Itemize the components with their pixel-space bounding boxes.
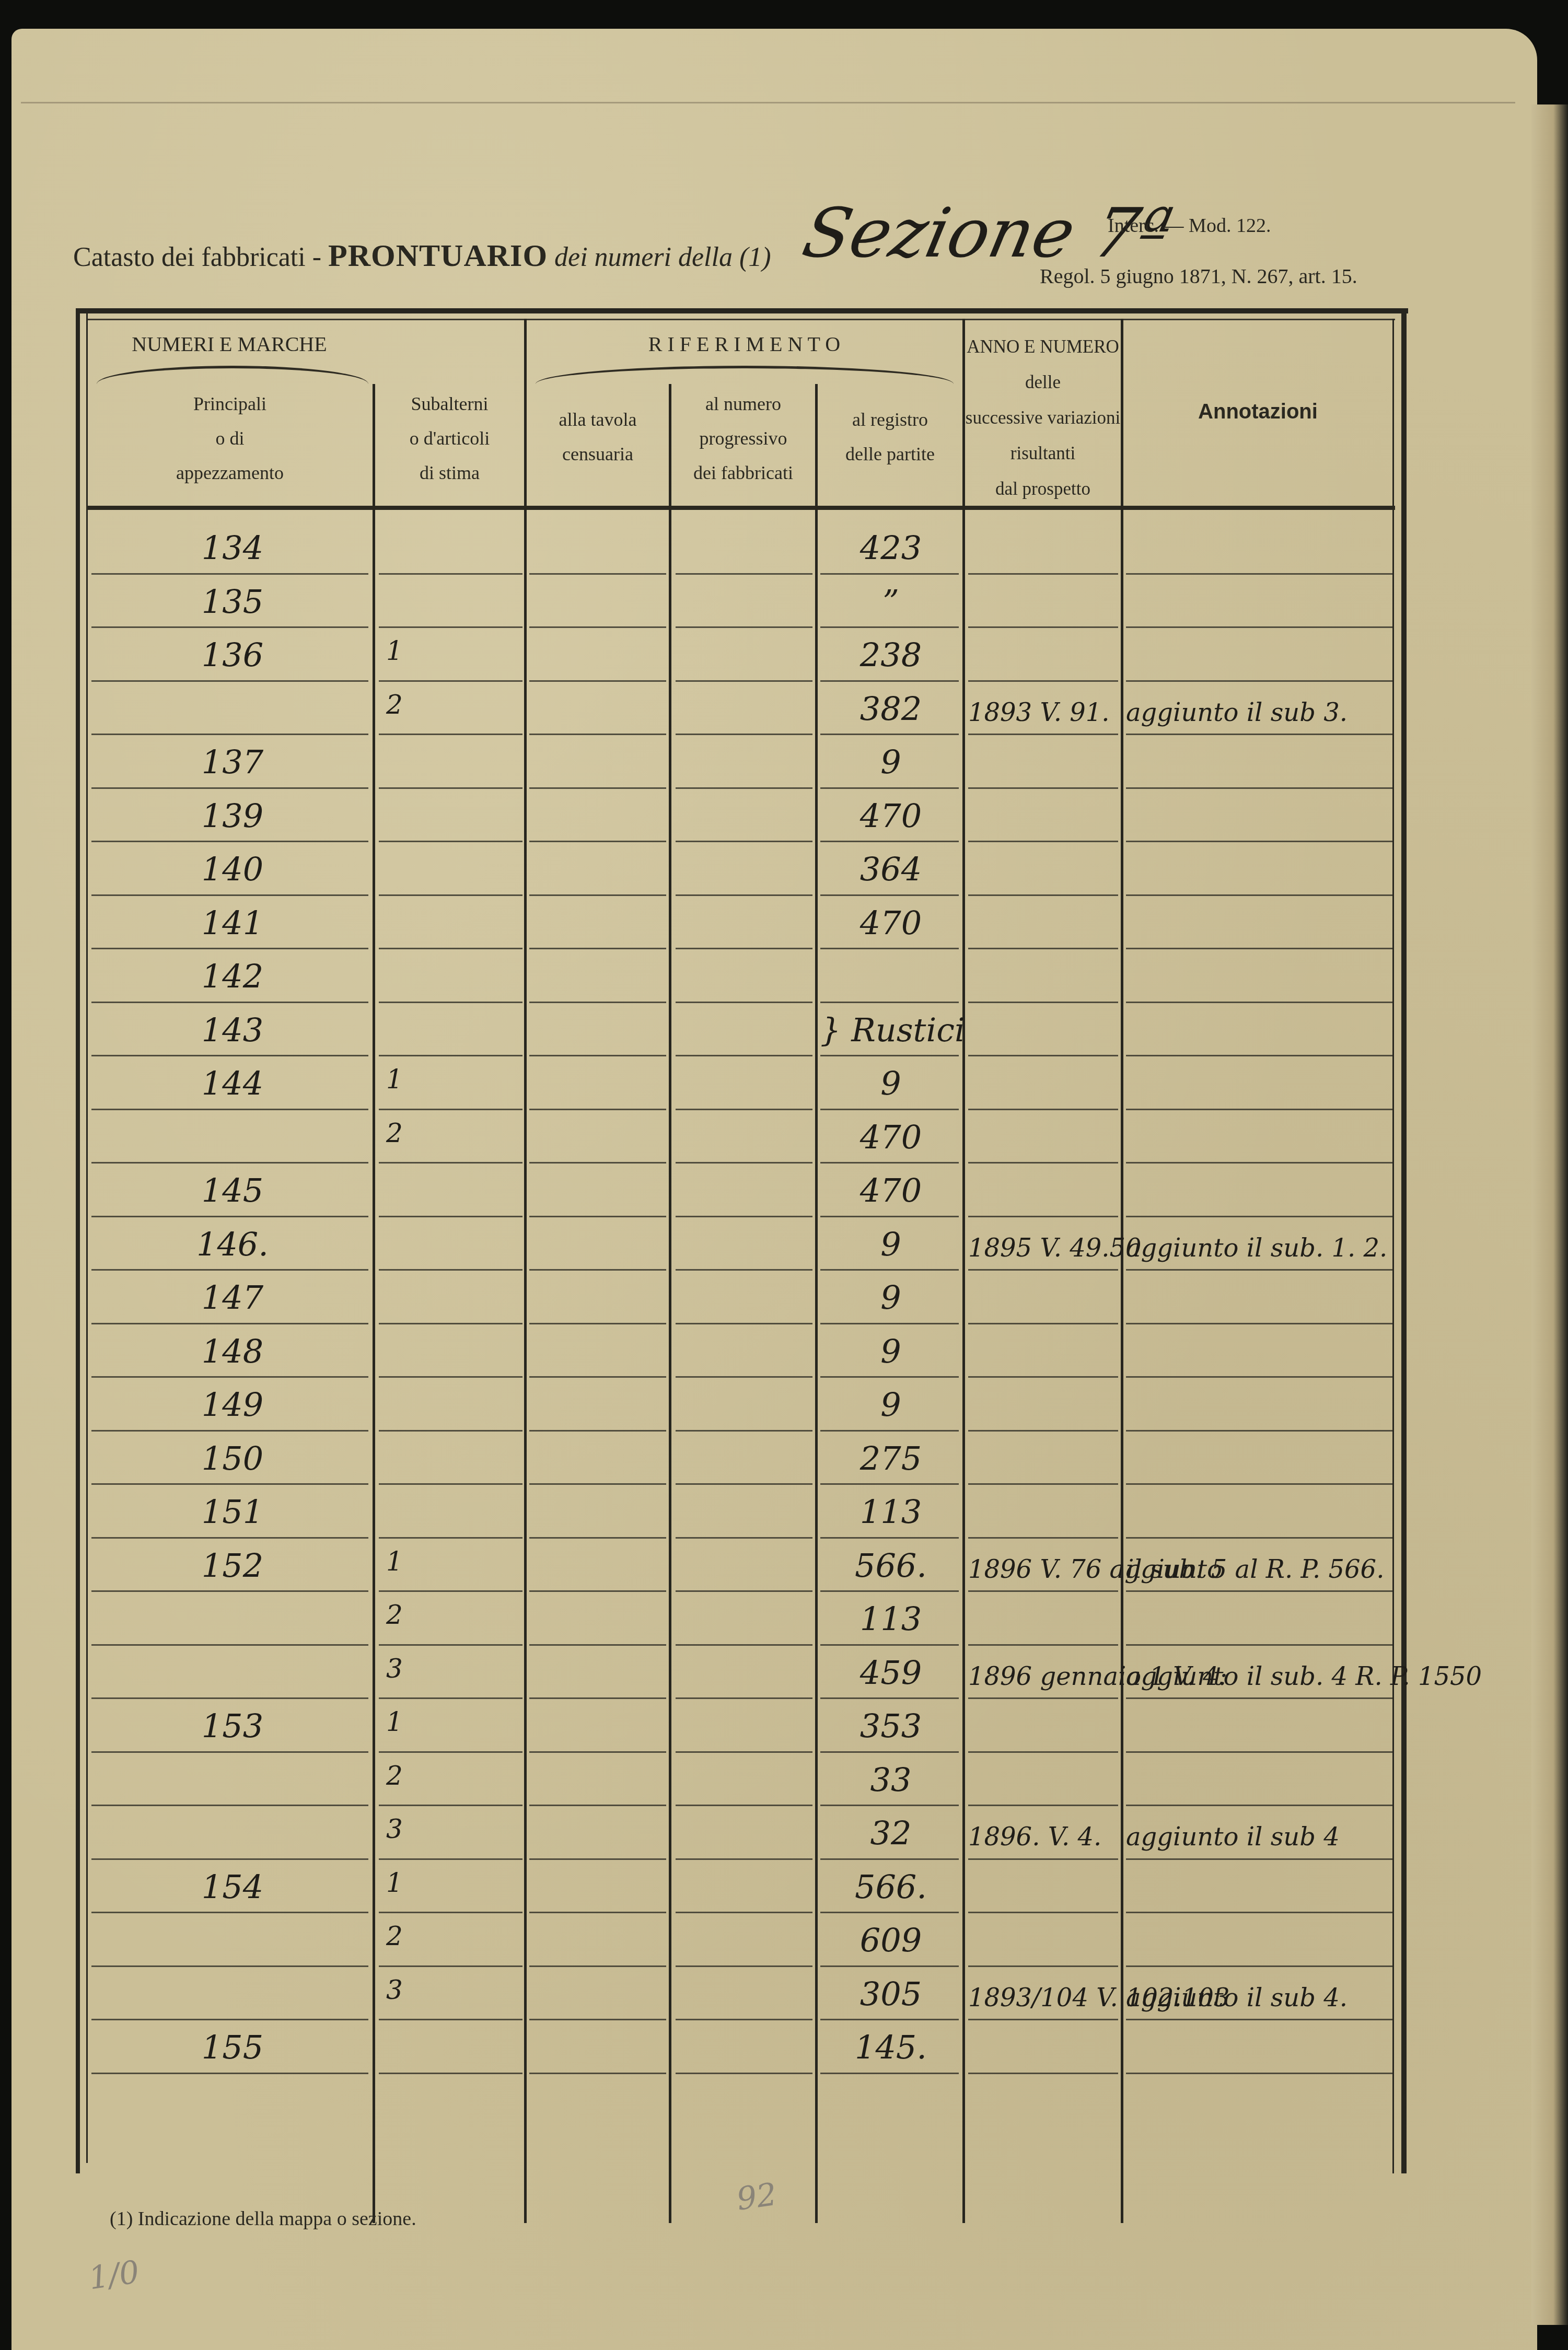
row-rule (379, 1002, 522, 1003)
cell-registro: 470 (820, 1171, 961, 1209)
row-rule (676, 1376, 812, 1378)
cell-principale: 149 (97, 1386, 368, 1424)
row-rule (820, 894, 959, 896)
cell-registro: 566. (820, 1546, 961, 1585)
row-rule (529, 734, 666, 735)
row-rule (91, 1430, 368, 1432)
row-rule (379, 1269, 522, 1271)
row-rule (91, 1590, 368, 1592)
row-rule (1126, 1590, 1392, 1592)
row-rule (968, 1109, 1118, 1110)
row-rule (1126, 1644, 1392, 1646)
cell-sub: 1 (386, 1546, 527, 1577)
row-rule (379, 948, 522, 949)
row-rule (676, 1697, 812, 1699)
title-suffix: dei numeri della (1) (554, 242, 771, 272)
row-rule (676, 1590, 812, 1592)
row-rule (529, 626, 666, 628)
row-rule (968, 1376, 1118, 1378)
row-rule (529, 1805, 666, 1806)
row-rule (529, 1216, 666, 1217)
cell-variazioni: 1893 V. 91. (968, 698, 1120, 727)
footnote: (1) Indicazione della mappa o sezione. (110, 2207, 416, 2230)
row-rule (529, 1537, 666, 1539)
col-divider-registro (815, 384, 818, 2223)
row-rule (529, 1376, 666, 1378)
col-header-registro: al registro delle partite (818, 402, 962, 471)
cell-variazioni: 1896 V. 76 aggiunto (968, 1555, 1120, 1584)
row-rule (1126, 894, 1392, 896)
row-rule (529, 1269, 666, 1271)
cell-registro: 145. (820, 2028, 961, 2066)
row-rule (676, 948, 812, 949)
row-rule (529, 894, 666, 896)
cell-principale: 136 (97, 636, 368, 674)
row-rule (379, 1965, 522, 1967)
row-rule (379, 841, 522, 842)
row-rule (968, 626, 1118, 628)
row-rule (968, 1751, 1118, 1753)
row-rule (379, 1323, 522, 1324)
row-rule (529, 1109, 666, 1110)
row-rule (968, 1162, 1118, 1164)
row-rule (91, 2073, 368, 2074)
row-rule (676, 1483, 812, 1485)
row-rule (676, 2019, 812, 2020)
row-rule (91, 680, 368, 682)
group-header-numeri: NUMERI E MARCHE (86, 332, 373, 356)
row-rule (529, 841, 666, 842)
cell-sub: 3 (386, 1975, 527, 2005)
row-rule (676, 1858, 812, 1860)
cell-variazioni: 1896. V. 4. (968, 1822, 1120, 1852)
col-divider-anno (962, 319, 965, 2223)
row-rule (379, 1376, 522, 1378)
row-rule (91, 1912, 368, 1913)
cell-annotazioni: il sub. 5 al R. P. 566. (1126, 1555, 1392, 1584)
row-rule (820, 1751, 959, 1753)
row-rule (820, 1323, 959, 1324)
row-rule (379, 1912, 522, 1913)
page-stack-edge (1531, 104, 1568, 2325)
regulation-reference: Regol. 5 giugno 1871, N. 267, art. 15. (1040, 264, 1357, 288)
row-rule (529, 1055, 666, 1056)
row-rule (1126, 1376, 1392, 1378)
row-rule (379, 2073, 522, 2074)
row-rule (1126, 1537, 1392, 1539)
cell-sub: 2 (386, 1118, 527, 1148)
row-rule (379, 1162, 522, 1164)
cell-registro: 353 (820, 1707, 961, 1745)
table-top-rule (76, 308, 1408, 313)
row-rule (676, 787, 812, 789)
cell-registro: 305 (820, 1975, 961, 2013)
row-rule (529, 1858, 666, 1860)
row-rule (529, 680, 666, 682)
row-rule (1126, 787, 1392, 789)
cell-registro: 9 (820, 1332, 961, 1370)
cell-principale: 148 (97, 1332, 368, 1370)
table-left-inner-border (86, 308, 88, 2163)
row-rule (968, 734, 1118, 735)
cell-registro: 459 (820, 1654, 961, 1692)
row-rule (91, 1162, 368, 1164)
row-rule (91, 1109, 368, 1110)
row-rule (91, 1537, 368, 1539)
row-rule (1126, 2019, 1392, 2020)
col-divider-annotazioni (1121, 319, 1123, 2223)
row-rule (676, 2073, 812, 2074)
row-rule (91, 1376, 368, 1378)
row-rule (968, 841, 1118, 842)
cell-registro: ” (820, 583, 961, 621)
row-rule (379, 573, 522, 575)
row-rule (91, 1216, 368, 1217)
row-rule (529, 1483, 666, 1485)
cell-sub: 2 (386, 690, 527, 720)
row-rule (820, 1537, 959, 1539)
row-rule (379, 787, 522, 789)
cell-sub: 1 (386, 1707, 527, 1737)
cell-variazioni: 1893/104 V. 102.103 (968, 1983, 1120, 2012)
row-rule (91, 734, 368, 735)
col-divider-progressivo (669, 384, 671, 2223)
row-rule (1126, 626, 1392, 628)
register-table: NUMERI E MARCHE R I F E R I M E N T O Pr… (76, 308, 1408, 2173)
row-rule (968, 894, 1118, 896)
row-rule (676, 1644, 812, 1646)
row-rule (379, 1055, 522, 1056)
row-rule (379, 1216, 522, 1217)
cell-principale: 137 (97, 743, 368, 781)
row-rule (91, 1269, 368, 1271)
col-divider-sub (373, 384, 375, 2223)
row-rule (1126, 841, 1392, 842)
row-rule (1126, 1858, 1392, 1860)
col-header-tavola: alla tavola censuaria (527, 402, 669, 471)
title-prefix: Catasto dei fabbricati - (73, 242, 321, 272)
row-rule (1126, 948, 1392, 949)
row-rule (1126, 1109, 1392, 1110)
row-rule (820, 734, 959, 735)
cell-registro: } Rustici (820, 1011, 961, 1049)
col-header-principali: Principali o di appezzamento (87, 387, 373, 490)
cell-registro: 364 (820, 850, 961, 888)
row-rule (820, 1216, 959, 1217)
row-rule (968, 948, 1118, 949)
cell-annotazioni: aggiunto il sub 4 (1126, 1822, 1392, 1852)
row-rule (676, 1912, 812, 1913)
row-rule (91, 948, 368, 949)
table-top-rule-thin (86, 319, 1395, 320)
row-rule (676, 1805, 812, 1806)
row-rule (91, 1002, 368, 1003)
row-rule (820, 626, 959, 628)
cell-principale: 140 (97, 850, 368, 888)
cell-principale: 147 (97, 1278, 368, 1317)
row-rule (1126, 1805, 1392, 1806)
row-rule (820, 1912, 959, 1913)
row-rule (820, 1002, 959, 1003)
row-rule (676, 1537, 812, 1539)
cell-principale: 145 (97, 1171, 368, 1209)
row-rule (91, 787, 368, 789)
row-rule (968, 1269, 1118, 1271)
cell-registro: 33 (820, 1761, 961, 1799)
cell-principale: 143 (97, 1011, 368, 1049)
row-rule (529, 1697, 666, 1699)
row-rule (379, 1483, 522, 1485)
row-rule (379, 894, 522, 896)
header-bottom-rule (86, 506, 1395, 510)
table-right-border (1401, 308, 1407, 2173)
row-rule (820, 1858, 959, 1860)
cell-annotazioni: aggiunto il sub. 4 R. P. 1550 (1126, 1662, 1392, 1691)
cell-registro: 566. (820, 1868, 961, 1906)
row-rule (676, 680, 812, 682)
row-rule (820, 1269, 959, 1271)
row-rule (379, 1644, 522, 1646)
row-rule (968, 1644, 1118, 1646)
row-rule (820, 680, 959, 682)
row-rule (676, 1269, 812, 1271)
row-rule (1126, 1323, 1392, 1324)
cell-annotazioni: aggiunto il sub 4. (1126, 1983, 1392, 2012)
row-rule (676, 1055, 812, 1056)
cell-registro: 470 (820, 1118, 961, 1156)
row-rule (91, 1858, 368, 1860)
row-rule (529, 787, 666, 789)
row-rule (820, 2019, 959, 2020)
col-header-subalterni: Subalterni o d'articoli di stima (375, 387, 524, 490)
row-rule (529, 1002, 666, 1003)
row-rule (1126, 1269, 1392, 1271)
cell-principale: 151 (97, 1493, 368, 1531)
row-rule (91, 626, 368, 628)
cell-registro: 9 (820, 1225, 961, 1263)
row-rule (529, 1323, 666, 1324)
row-rule (91, 1751, 368, 1753)
row-rule (968, 1965, 1118, 1967)
cell-sub: 1 (386, 1868, 527, 1898)
row-rule (91, 1697, 368, 1699)
row-rule (968, 573, 1118, 575)
row-rule (91, 1965, 368, 1967)
row-rule (1126, 1751, 1392, 1753)
cell-registro: 9 (820, 743, 961, 781)
cell-principale: 135 (97, 583, 368, 621)
col-header-progressivo: al numero progressivo dei fabbricati (671, 387, 815, 490)
row-rule (968, 680, 1118, 682)
row-rule (529, 1751, 666, 1753)
row-rule (820, 1644, 959, 1646)
group-header-riferimento: R I F E R I M E N T O (526, 332, 962, 356)
row-rule (529, 948, 666, 949)
row-rule (1126, 573, 1392, 575)
cell-registro: 113 (820, 1493, 961, 1531)
row-rule (379, 2019, 522, 2020)
form-title: Catasto dei fabbricati - PRONTUARIO dei … (73, 238, 771, 274)
row-rule (820, 1055, 959, 1056)
row-rule (379, 1858, 522, 1860)
row-rule (820, 787, 959, 789)
row-rule (676, 626, 812, 628)
cell-registro: 470 (820, 904, 961, 942)
row-rule (529, 1912, 666, 1913)
row-rule (91, 573, 368, 575)
cell-registro: 275 (820, 1439, 961, 1478)
row-rule (529, 573, 666, 575)
cell-variazioni: 1895 V. 49.50 (968, 1234, 1120, 1263)
row-rule (91, 1055, 368, 1056)
cell-sub: 3 (386, 1814, 527, 1844)
cell-principale: 144 (97, 1064, 368, 1102)
row-rule (1126, 1483, 1392, 1485)
cell-sub: 2 (386, 1600, 527, 1630)
row-rule (1126, 680, 1392, 682)
cell-principale: 153 (97, 1707, 368, 1745)
row-rule (1126, 1055, 1392, 1056)
row-rule (820, 1376, 959, 1378)
brace-numeri (97, 366, 368, 384)
row-rule (968, 1697, 1118, 1699)
cell-principale: 141 (97, 904, 368, 942)
cell-variazioni: 1896 gennaio 1 V. 4: (968, 1662, 1120, 1691)
row-rule (968, 1323, 1118, 1324)
row-rule (968, 1537, 1118, 1539)
cell-sub: 2 (386, 1921, 527, 1951)
row-rule (1126, 1912, 1392, 1913)
row-rule (91, 841, 368, 842)
row-rule (91, 894, 368, 896)
row-rule (379, 1109, 522, 1110)
row-rule (820, 1590, 959, 1592)
row-rule (968, 1216, 1118, 1217)
cell-sub: 1 (386, 1064, 527, 1095)
row-rule (91, 1805, 368, 1806)
row-rule (1126, 734, 1392, 735)
row-rule (676, 1965, 812, 1967)
cell-sub: 1 (386, 636, 527, 666)
row-rule (820, 1483, 959, 1485)
row-rule (379, 1697, 522, 1699)
row-rule (676, 894, 812, 896)
cell-principale: 146. (97, 1225, 368, 1263)
pencil-mark-page-number: 92 (735, 2176, 779, 2218)
row-rule (968, 1430, 1118, 1432)
col-header-annotazioni: Annotazioni (1123, 394, 1392, 429)
cell-registro: 238 (820, 636, 961, 674)
row-rule (676, 1002, 812, 1003)
row-rule (379, 680, 522, 682)
cell-registro: 423 (820, 529, 961, 567)
row-rule (529, 1162, 666, 1164)
row-rule (968, 1590, 1118, 1592)
cell-sub: 2 (386, 1761, 527, 1791)
row-rule (1126, 2073, 1392, 2074)
row-rule (1126, 1430, 1392, 1432)
cell-registro: 9 (820, 1386, 961, 1424)
row-rule (968, 1858, 1118, 1860)
table-left-border (76, 308, 80, 2173)
cell-registro: 9 (820, 1064, 961, 1102)
row-rule (529, 2073, 666, 2074)
table-right-inner-border (1392, 319, 1394, 2173)
cell-principale: 150 (97, 1439, 368, 1478)
cell-registro: 470 (820, 797, 961, 835)
row-rule (676, 573, 812, 575)
row-rule (676, 1162, 812, 1164)
row-rule (676, 1430, 812, 1432)
cell-principale: 139 (97, 797, 368, 835)
row-rule (529, 1430, 666, 1432)
row-rule (379, 1751, 522, 1753)
row-rule (820, 1430, 959, 1432)
row-rule (1126, 1002, 1392, 1003)
row-rule (820, 1697, 959, 1699)
cell-principale: 152 (97, 1546, 368, 1585)
row-rule (379, 734, 522, 735)
cell-registro: 32 (820, 1814, 961, 1852)
row-rule (968, 1912, 1118, 1913)
row-rule (968, 1002, 1118, 1003)
row-rule (379, 1430, 522, 1432)
row-rule (676, 1216, 812, 1217)
row-rule (91, 1323, 368, 1324)
row-rule (968, 1483, 1118, 1485)
row-rule (820, 573, 959, 575)
row-rule (91, 1483, 368, 1485)
cell-annotazioni: aggiunto il sub 3. (1126, 698, 1392, 727)
row-rule (968, 2019, 1118, 2020)
row-rule (676, 841, 812, 842)
row-rule (1126, 1216, 1392, 1217)
title-main: PRONTUARIO (328, 238, 548, 273)
row-rule (529, 1590, 666, 1592)
row-rule (820, 841, 959, 842)
cell-principale: 142 (97, 957, 368, 995)
pencil-mark-margin: 1/0 (87, 2254, 142, 2297)
cell-principale: 155 (97, 2028, 368, 2066)
row-rule (676, 1323, 812, 1324)
row-rule (529, 2019, 666, 2020)
row-rule (820, 1965, 959, 1967)
row-rule (676, 734, 812, 735)
row-rule (379, 626, 522, 628)
cell-annotazioni: aggiunto il sub. 1. 2. (1126, 1234, 1392, 1263)
row-rule (1126, 1162, 1392, 1164)
row-rule (379, 1590, 522, 1592)
cell-registro: 9 (820, 1278, 961, 1317)
row-rule (820, 2073, 959, 2074)
row-rule (820, 948, 959, 949)
page-fold-edge (21, 60, 1515, 103)
cell-sub: 3 (386, 1654, 527, 1684)
row-rule (529, 1644, 666, 1646)
row-rule (529, 1965, 666, 1967)
cell-principale: 154 (97, 1868, 368, 1906)
row-rule (968, 2073, 1118, 2074)
row-rule (379, 1805, 522, 1806)
row-rule (968, 1055, 1118, 1056)
row-rule (820, 1805, 959, 1806)
row-rule (676, 1109, 812, 1110)
row-rule (91, 2019, 368, 2020)
cell-registro: 113 (820, 1600, 961, 1638)
row-rule (820, 1162, 959, 1164)
row-rule (676, 1751, 812, 1753)
row-rule (1126, 1965, 1392, 1967)
